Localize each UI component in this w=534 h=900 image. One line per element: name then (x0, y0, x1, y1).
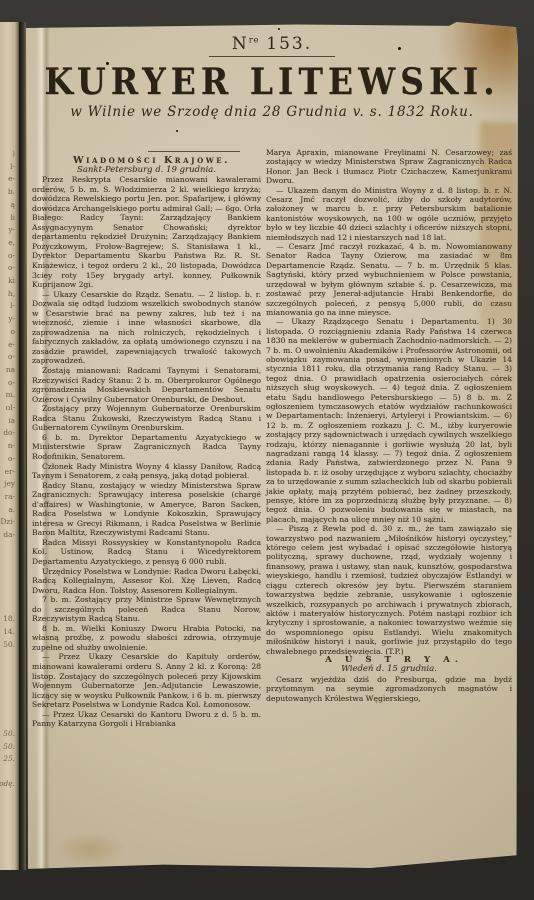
article-paragraph: Zostają mianowani: Radcami Taynymi i Sen… (32, 366, 261, 404)
scanned-newspaper-background: ) l- e- b. ą li y- e, o- o- ki h, l- y- … (0, 0, 534, 900)
masthead-dateline: w Wilnie we Srzodę dnia 28 Grudnia v. s.… (26, 104, 518, 120)
austria-dateline: Wiedeń d. 15 grudnia. (266, 665, 512, 674)
left-column-dateline: Sankt-Petersburg d. 19 grudnia. (32, 166, 261, 176)
adjacent-page-text-fragments: ) l- e- b. ą li y- e, o- o- ki h, l- y- … (0, 148, 15, 542)
article-paragraph: Przez Reskrypta Cesarskie mianowani kawa… (32, 175, 261, 290)
masthead: Nre 153. KURYER LITEWSKI. w Wilnie we Sr… (26, 34, 518, 120)
article-paragraph: Marya Apraxin, mianowane Freylinami N. C… (266, 148, 512, 186)
article-paragraph: Cesarz wyjeżdża dziś do Presburga, gdzie… (266, 675, 512, 703)
right-column: Marya Apraxin, mianowane Freylinami N. C… (266, 148, 512, 729)
article-paragraph: — Ukazy Cesarskie do Rządz. Senatu. — 2 … (32, 290, 261, 366)
issue-superscript: re (249, 35, 259, 45)
article-paragraph: Radca Missyi Rossyyskiey w Konstantynopo… (32, 538, 261, 567)
issue-number-line: Nre 153. (26, 34, 518, 54)
article-paragraph: — Ukazem danym do Ministra Woyny z d. 8 … (266, 186, 512, 242)
article-paragraph: Radcy Stanu, zostający w wiedzy Minister… (32, 481, 261, 538)
article-paragraph: Urzędnicy Poselstwa w Londynie: Radca Dw… (32, 567, 261, 596)
article-paragraph: Zostający przy Wojennym Gubernatorze Ore… (32, 404, 261, 433)
ink-spot (176, 130, 178, 132)
adjacent-page-number-marks: 18. 14. 50. (3, 612, 15, 651)
ink-spot (278, 28, 280, 30)
issue-prefix: N (232, 34, 249, 54)
article-paragraph: — Przez Ukazy Cesarskie do Kapituły orde… (32, 652, 261, 709)
article-paragraph: — Przez Ukaz Cesarski do Kantoru Dworu z… (32, 710, 261, 729)
article-paragraph: Członek Rady Ministra Woyny 4 klassy Dan… (32, 462, 261, 481)
newspaper-title: KURYER LITEWSKI. (26, 60, 518, 103)
left-column: Wiadomości Krajowe. Sankt-Petersburg d. … (32, 148, 261, 729)
article-paragraph: — Cesarz Jmć raczył rozkazać, 4 b. m. No… (266, 242, 512, 317)
issue-underline-rule (209, 56, 335, 57)
adjacent-page-edge: ) l- e- b. ą li y- e, o- o- ki h, l- y- … (0, 22, 19, 870)
newspaper-page: Nre 153. KURYER LITEWSKI. w Wilnie we Sr… (26, 22, 518, 874)
stain-bottom-left (56, 832, 126, 866)
issue-number: 153. (266, 34, 312, 54)
article-paragraph: 8 b. m. Wielki Koniuszy Dworu Hrabia Pot… (32, 624, 261, 653)
adjacent-page-number-marks-lower: . 50. . 50. . 25. rodę. (0, 728, 15, 791)
article-paragraph: 7 b. m. Zostający przy Ministrze Spraw W… (32, 595, 261, 624)
article-paragraph: 6 b. m. Dyrektor Departamentu Azyatyckie… (32, 433, 261, 462)
page-gutter-shadow (19, 22, 26, 870)
article-paragraph: — Piszą z Rewla pod d. 30 z. m., że tam … (266, 524, 512, 656)
article-paragraph: — Ukazy Rządzącego Senatu i Departamentu… (266, 317, 512, 524)
text-columns: Wiadomości Krajowe. Sankt-Petersburg d. … (32, 148, 512, 729)
